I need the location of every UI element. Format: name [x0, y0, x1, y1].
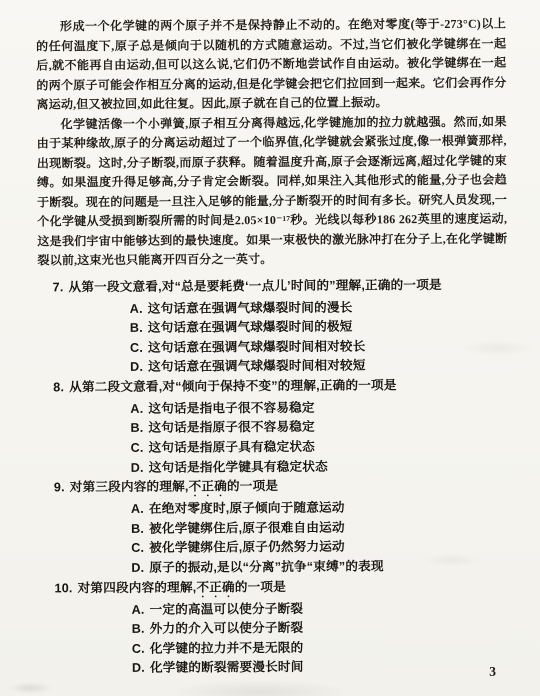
option-text: 化学键的拉力并不是无限的 — [150, 641, 304, 656]
question-7: 7.从第一段文意看,对“总是要耗费‘一点儿’时间的”理解,正确的一项是 A.这句… — [38, 275, 509, 378]
question-10: 10.对第四段内容的理解,不正确的一项是 A.一定的高温可以使分子断裂 B.外力… — [39, 576, 510, 679]
reading-passage: 形成一个化学键的两个原子并不是保持静止不动的。在绝对零度(等于-273°C)以上… — [36, 15, 508, 271]
option-text: 这句话意在强调气球爆裂时间相对较短 — [148, 359, 366, 374]
question-number: 10. — [54, 581, 72, 595]
option-d: D.原子的振动,是以“分离”抗争“束缚”的表现 — [131, 557, 509, 579]
stem-emphasized-text: 不正确 — [196, 580, 234, 594]
stem-text: 从第一段文意看,对“总是要耗费‘一点儿’时间的”理解, — [68, 278, 365, 294]
stem-text: 从第二段文意看,对“倾向于保持不变”的理解, — [69, 379, 320, 395]
stem-text: 的一项是 — [235, 580, 286, 594]
question-number: 9. — [54, 481, 65, 495]
option-label: C. — [130, 340, 143, 354]
option-label: D. — [131, 561, 144, 575]
option-c: C.这句话是指原子具有稳定状态 — [131, 437, 509, 459]
option-label: A. — [130, 301, 143, 315]
stem-text: 对第四段内容的理解, — [78, 580, 197, 595]
option-b: B.被化学键绑住后,原子很难自由运动 — [131, 517, 509, 539]
option-a: A.在绝对零度时,原子倾向于随意运动 — [131, 498, 509, 520]
question-9: 9.对第三段内容的理解,不正确的一项是 A.在绝对零度时,原子倾向于随意运动 B… — [39, 476, 510, 579]
scanned-test-page: 形成一个化学键的两个原子并不是保持静止不动的。在绝对零度(等于-273°C)以上… — [0, 0, 540, 696]
question-number: 7. — [53, 280, 64, 294]
question-list: 7.从第一段文意看,对“总是要耗费‘一点儿’时间的”理解,正确的一项是 A.这句… — [38, 275, 510, 679]
option-label: C. — [132, 642, 145, 656]
option-text: 原子的振动,是以“分离”抗争“束缚”的表现 — [149, 559, 383, 574]
page-number: 3 — [489, 664, 496, 680]
option-a: A.这句话是指电子很不容易稳定 — [130, 397, 508, 419]
question-stem: 7.从第一段文意看,对“总是要耗费‘一点儿’时间的”理解,正确的一项是 — [53, 275, 508, 300]
option-label: D. — [130, 360, 143, 374]
option-text: 这句话是指化学键具有稳定状态 — [149, 459, 328, 474]
option-c: C.被化学键绑住后,原子仍然努力运动 — [131, 537, 509, 559]
option-c: C.化学键的拉力并不是无限的 — [132, 637, 510, 659]
option-label: B. — [131, 522, 144, 536]
option-text: 被化学键绑住后,原子仍然努力运动 — [149, 540, 345, 555]
stem-text: 正确的一项是 — [320, 378, 397, 392]
option-c: C.这句话意在强调气球爆裂时间相对较长 — [130, 336, 508, 358]
question-8: 8.从第二段文意看,对“倾向于保持不变”的理解,正确的一项是 A.这句话是指电子… — [38, 375, 509, 478]
option-label: A. — [132, 602, 145, 616]
option-label: B. — [130, 321, 143, 335]
stem-text: 正确的一项是 — [365, 277, 442, 291]
question-stem: 10.对第四段内容的理解,不正确的一项是 — [54, 576, 509, 601]
stem-text: 对第三段内容的理解, — [70, 480, 189, 495]
option-text: 这句话意在强调气球爆裂时间相对较长 — [148, 339, 366, 354]
option-d: D.这句话是指化学键具有稳定状态 — [131, 456, 509, 478]
option-text: 这句话是指原子很不容易稳定 — [148, 420, 314, 435]
stem-text: 的一项是 — [227, 479, 278, 493]
option-text: 化学键的断裂需要漫长时间 — [150, 660, 304, 675]
option-text: 外力的介入可以使分子断裂 — [150, 621, 304, 636]
passage-paragraph-1: 形成一个化学键的两个原子并不是保持静止不动的。在绝对零度(等于-273°C)以上… — [36, 15, 507, 115]
option-d: D.这句话意在强调气球爆裂时间相对较短 — [130, 356, 508, 378]
option-b: B.外力的介入可以使分子断裂 — [132, 618, 510, 640]
option-label: C. — [131, 441, 144, 455]
option-text: 这句话是指电子很不容易稳定 — [148, 401, 314, 416]
question-stem: 9.对第三段内容的理解,不正确的一项是 — [54, 476, 509, 501]
option-label: C. — [131, 541, 144, 555]
option-b: B.这句话意在强调气球爆裂时间的极短 — [130, 317, 508, 339]
question-stem: 8.从第二段文意看,对“倾向于保持不变”的理解,正确的一项是 — [53, 375, 508, 400]
option-text: 这句话意在强调气球爆裂时间的漫长 — [148, 300, 353, 315]
option-label: D. — [131, 460, 144, 474]
option-a: A.这句话意在强调气球爆裂时间的漫长 — [130, 297, 508, 319]
option-text: 这句话意在强调气球爆裂时间的极短 — [148, 320, 353, 335]
option-d: D.化学键的断裂需要漫长时间 — [132, 657, 510, 679]
option-label: A. — [131, 502, 144, 516]
option-a: A.一定的高温可以使分子断裂 — [132, 598, 510, 620]
page-content: 形成一个化学键的两个原子并不是保持静止不动的。在绝对零度(等于-273°C)以上… — [36, 15, 510, 680]
option-text: 在绝对零度时,原子倾向于随意运动 — [149, 501, 345, 516]
option-text: 这句话是指原子具有稳定状态 — [149, 440, 315, 455]
option-label: B. — [130, 421, 143, 435]
option-text: 被化学键绑住后,原子很难自由运动 — [149, 520, 345, 535]
option-text: 一定的高温可以使分子断裂 — [150, 601, 304, 616]
stem-emphasized-text: 不正确 — [189, 480, 227, 494]
option-label: D. — [132, 661, 145, 675]
option-b: B.这句话是指原子很不容易稳定 — [130, 417, 508, 439]
question-number: 8. — [53, 380, 64, 394]
option-label: A. — [130, 402, 143, 416]
passage-paragraph-2: 化学键活像一个小弹簧,原子相互分离得越远,化学键施加的拉力就越强。然而,如果由于… — [37, 112, 508, 271]
option-label: B. — [132, 622, 145, 636]
